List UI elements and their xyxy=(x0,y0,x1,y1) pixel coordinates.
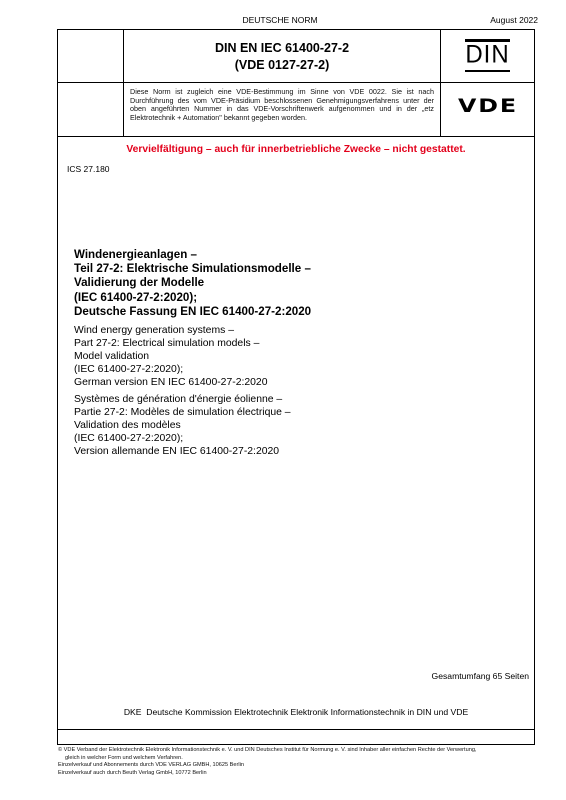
norm-type-label: DEUTSCHE NORM xyxy=(0,15,563,25)
title-english: Wind energy generation systems – Part 27… xyxy=(74,324,268,389)
document-number: DIN EN IEC 61400-27-2 (VDE 0127-27-2) xyxy=(124,40,440,74)
vde-regulation-note: Diese Norm ist zugleich eine VDE-Bestimm… xyxy=(130,88,434,122)
copyright-line: © VDE Verband der Elektrotechnik Elektro… xyxy=(58,747,477,755)
publication-date: August 2022 xyxy=(490,15,538,25)
sales-vde-verlag: Einzelverkauf und Abonnements durch VDE … xyxy=(58,762,477,770)
title-german: Windenergieanlagen – Teil 27-2: Elektris… xyxy=(74,248,311,319)
din-logo-text: DIN xyxy=(464,42,511,67)
copy-prohibited-notice: Vervielfältigung – auch für innerbetrieb… xyxy=(57,144,535,156)
total-page-count: Gesamtumfang 65 Seiten xyxy=(432,671,529,681)
document-number-din: DIN EN IEC 61400-27-2 xyxy=(124,40,440,57)
header-row-divider xyxy=(57,82,535,83)
document-number-vde: (VDE 0127-27-2) xyxy=(124,57,440,74)
copyright-line-continued: gleich in welcher Form und welchem Verfa… xyxy=(58,755,477,763)
ics-code: ICS 27.180 xyxy=(67,164,110,174)
sales-beuth-verlag: Einzelverkauf auch durch Beuth Verlag Gm… xyxy=(58,770,477,778)
din-logo: DIN xyxy=(465,39,510,72)
footer-divider xyxy=(57,729,535,730)
legal-footer: © VDE Verband der Elektrotechnik Elektro… xyxy=(58,747,477,777)
header-bottom-divider xyxy=(57,136,535,137)
din-logo-bottom-bar xyxy=(465,70,510,73)
committee-name: DKE Deutsche Kommission Elektrotechnik E… xyxy=(57,707,535,717)
title-french: Systèmes de génération d'énergie éolienn… xyxy=(74,393,291,458)
vde-logo: VDE xyxy=(429,95,547,117)
